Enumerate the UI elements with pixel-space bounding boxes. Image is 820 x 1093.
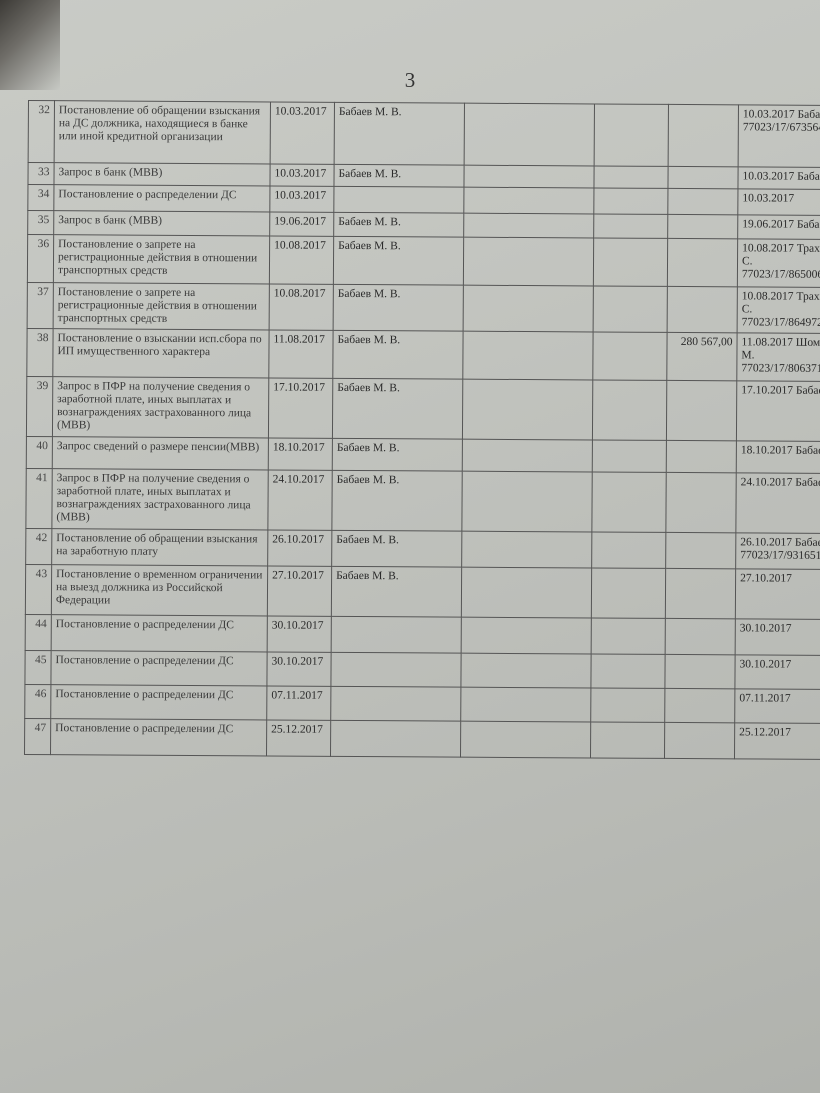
bailiff-name: Бабаев М. В. xyxy=(332,470,462,531)
enforcement-actions-table: 32 Постановление об обращении взыскания … xyxy=(24,100,820,760)
empty-cell xyxy=(461,653,591,688)
table-row: 38 Постановление о взыскании исп.сбора п… xyxy=(27,328,820,381)
action-date: 10.08.2017 xyxy=(269,284,333,330)
action-date: 10.08.2017 xyxy=(269,236,333,284)
result-line: 25.12.2017 xyxy=(739,726,820,740)
empty-cell xyxy=(463,285,593,332)
result-info: 24.10.2017 Бабаев М. В. xyxy=(736,473,820,534)
empty-cell xyxy=(594,166,668,188)
row-number: 36 xyxy=(27,235,53,283)
amount xyxy=(665,688,735,722)
result-info: 11.08.2017 Шомахов Х.М.77023/17/806371 xyxy=(737,333,820,382)
bailiff-name xyxy=(330,720,460,757)
action-description: Постановление о распределении ДС xyxy=(51,651,267,686)
table-row: 40 Запрос сведений о размере пенсии(МВВ)… xyxy=(26,436,820,473)
table-body: 32 Постановление об обращении взыскания … xyxy=(25,101,820,760)
result-line: 10.03.2017 Бабаев М. В. xyxy=(743,108,820,122)
result-line: 26.10.2017 Бабаев М. В. xyxy=(740,536,820,550)
table-row: 42 Постановление об обращении взыскания … xyxy=(26,528,820,569)
row-number: 35 xyxy=(28,211,54,235)
bailiff-name: Бабаев М. В. xyxy=(334,212,464,237)
result-info: 27.10.2017 xyxy=(735,569,820,620)
empty-cell xyxy=(464,165,594,188)
amount xyxy=(668,214,738,238)
empty-cell xyxy=(462,471,592,532)
empty-cell xyxy=(464,213,594,238)
empty-cell xyxy=(592,440,666,472)
amount xyxy=(665,568,735,618)
result-info: 10.03.2017 Бабаев М. В. xyxy=(738,167,820,190)
bailiff-name: Бабаев М. В. xyxy=(332,378,462,439)
action-date: 11.08.2017 xyxy=(269,330,333,378)
result-line: 17.10.2017 Бабаев М. В. xyxy=(741,384,820,398)
page-number: 3 xyxy=(0,68,820,93)
row-number: 39 xyxy=(26,376,52,436)
empty-cell xyxy=(461,567,591,618)
result-info: 10.03.2017 xyxy=(738,189,820,216)
result-line: 18.10.2017 Бабаев М. В. xyxy=(741,444,820,458)
result-line: 10.03.2017 xyxy=(742,192,820,206)
result-line: М. xyxy=(741,349,820,363)
empty-cell xyxy=(590,722,664,758)
result-info: 10.08.2017 Трахинин А.С.77023/17/865006 xyxy=(737,239,820,288)
amount xyxy=(665,618,735,654)
action-description: Постановление об обращении взыскания на … xyxy=(52,529,268,566)
result-line: 30.10.2017 xyxy=(740,622,820,636)
amount xyxy=(668,166,738,188)
amount xyxy=(666,532,736,568)
empty-cell xyxy=(593,332,667,380)
action-description: Запрос в ПФР на получение сведения о зар… xyxy=(52,469,268,530)
row-number: 45 xyxy=(25,650,51,684)
result-line: 77023/17/806371 xyxy=(741,362,820,376)
empty-cell xyxy=(464,187,594,214)
action-date: 24.10.2017 xyxy=(268,470,332,530)
action-date: 10.03.2017 xyxy=(270,186,334,212)
bailiff-name xyxy=(331,616,461,653)
action-description: Постановление о распределении ДС xyxy=(54,185,270,212)
table-row: 45 Постановление о распределении ДС 30.1… xyxy=(25,650,820,689)
result-info: 25.12.2017 xyxy=(734,723,820,760)
empty-cell xyxy=(462,531,592,568)
empty-cell xyxy=(594,188,668,214)
empty-cell xyxy=(591,568,665,618)
bailiff-name: Бабаев М. В. xyxy=(334,102,464,165)
empty-cell xyxy=(592,380,666,440)
action-description: Постановление о взыскании исп.сбора по И… xyxy=(53,329,269,378)
table-row: 46 Постановление о распределении ДС 07.1… xyxy=(25,684,820,723)
action-date: 10.03.2017 xyxy=(270,102,334,164)
bailiff-name: Бабаев М. В. xyxy=(333,236,463,285)
empty-cell xyxy=(461,617,591,654)
action-date: 26.10.2017 xyxy=(268,530,332,566)
empty-cell xyxy=(462,439,592,472)
amount xyxy=(665,654,735,688)
action-date: 25.12.2017 xyxy=(266,720,330,756)
action-date: 18.10.2017 xyxy=(268,438,332,470)
result-line: 07.11.2017 xyxy=(739,692,820,706)
row-number: 32 xyxy=(28,101,54,163)
table-row: 32 Постановление об обращении взыскания … xyxy=(28,101,820,168)
empty-cell xyxy=(591,618,665,654)
amount xyxy=(667,286,737,332)
empty-cell xyxy=(591,688,665,722)
result-line: 77023/17/864972 xyxy=(742,316,820,330)
amount xyxy=(666,440,736,472)
action-date: 30.10.2017 xyxy=(267,616,331,652)
result-line: 24.10.2017 Бабаев М. В. xyxy=(741,476,820,490)
action-date: 10.03.2017 xyxy=(270,164,334,186)
amount xyxy=(668,188,738,214)
row-number: 47 xyxy=(25,718,51,754)
table-row: 41 Запрос в ПФР на получение сведения о … xyxy=(26,468,820,533)
action-description: Постановление об обращении взыскания на … xyxy=(54,101,270,164)
empty-cell xyxy=(462,379,592,440)
action-date: 17.10.2017 xyxy=(268,378,332,438)
empty-cell xyxy=(461,687,591,722)
action-description: Запрос в банк (МВВ) xyxy=(54,163,270,186)
result-line: 27.10.2017 xyxy=(740,572,820,586)
bailiff-name xyxy=(331,686,461,721)
action-description: Запрос в банк (МВВ) xyxy=(54,211,270,236)
result-line: 77023/17/865006 xyxy=(742,268,820,282)
result-line: 77023/17/931651 xyxy=(740,549,820,563)
action-description: Постановление о распределении ДС xyxy=(51,615,267,652)
result-line: 30.10.2017 xyxy=(740,658,820,672)
result-info: 19.06.2017 Бабаев М. В. xyxy=(738,215,820,240)
row-number: 38 xyxy=(27,328,53,376)
result-info: 10.03.2017 Бабаев М. В.77023/17/673564 xyxy=(738,105,820,168)
amount xyxy=(666,380,736,440)
result-info: 30.10.2017 xyxy=(735,619,820,656)
action-description: Постановление о распределении ДС xyxy=(51,719,267,756)
action-description: Запрос сведений о размере пенсии(МВВ) xyxy=(52,437,268,470)
empty-cell xyxy=(591,654,665,688)
result-info: 07.11.2017 xyxy=(735,689,820,724)
action-date: 30.10.2017 xyxy=(267,652,331,686)
empty-cell xyxy=(463,237,593,286)
empty-cell xyxy=(463,331,593,380)
row-number: 40 xyxy=(26,436,52,468)
action-description: Постановление о временном ограничении на… xyxy=(51,565,267,616)
result-line: 10.08.2017 Трахинин А. xyxy=(742,290,820,304)
bailiff-name: Бабаев М. В. xyxy=(333,284,463,331)
amount: 280 567,00 xyxy=(667,332,737,380)
table-row: 36 Постановление о запрете на регистраци… xyxy=(27,235,820,288)
row-number: 41 xyxy=(26,468,52,528)
bailiff-name: Бабаев М. В. xyxy=(334,164,464,187)
table-row: 47 Постановление о распределении ДС 25.1… xyxy=(25,718,820,759)
row-number: 34 xyxy=(28,185,54,211)
table-row: 43 Постановление о временном ограничении… xyxy=(25,564,820,619)
empty-cell xyxy=(592,532,666,568)
action-description: Постановление о запрете на регистрационн… xyxy=(53,283,269,330)
row-number: 43 xyxy=(25,564,51,614)
bailiff-name: Бабаев М. В. xyxy=(331,566,461,617)
result-line: 19.06.2017 Бабаев М. В. xyxy=(742,218,820,232)
action-description: Постановление о распределении ДС xyxy=(51,685,267,720)
result-info: 10.08.2017 Трахинин А.С.77023/17/864972 xyxy=(737,287,820,334)
row-number: 46 xyxy=(25,684,51,718)
row-number: 33 xyxy=(28,163,54,185)
bailiff-name xyxy=(331,652,461,687)
empty-cell xyxy=(593,286,667,332)
row-number: 44 xyxy=(25,614,51,650)
empty-cell xyxy=(460,721,590,758)
result-line: 11.08.2017 Шомахов Х. xyxy=(741,336,820,350)
bailiff-name: Бабаев М. В. xyxy=(333,330,463,379)
empty-cell xyxy=(594,104,668,166)
result-info: 17.10.2017 Бабаев М. В. xyxy=(736,381,820,442)
action-date: 27.10.2017 xyxy=(267,566,331,616)
result-info: 26.10.2017 Бабаев М. В.77023/17/931651 xyxy=(736,533,820,570)
empty-cell xyxy=(464,103,594,166)
action-date: 07.11.2017 xyxy=(267,686,331,720)
bailiff-name xyxy=(334,186,464,213)
action-description: Постановление о запрете на регистрационн… xyxy=(53,235,269,284)
table-row: 39 Запрос в ПФР на получение сведения о … xyxy=(26,376,820,441)
amount xyxy=(668,104,738,166)
result-line: 10.03.2017 Бабаев М. В. xyxy=(743,170,820,184)
result-info: 30.10.2017 xyxy=(735,655,820,690)
result-info: 18.10.2017 Бабаев М. В. xyxy=(736,441,820,474)
result-line: С. xyxy=(742,303,820,317)
bailiff-name: Бабаев М. В. xyxy=(332,438,462,471)
row-number: 37 xyxy=(27,282,53,328)
empty-cell xyxy=(594,214,668,238)
empty-cell xyxy=(593,238,667,286)
table-row: 37 Постановление о запрете на регистраци… xyxy=(27,282,820,333)
action-description: Запрос в ПФР на получение сведения о зар… xyxy=(52,377,268,438)
bailiff-name: Бабаев М. В. xyxy=(332,530,462,567)
amount xyxy=(667,238,737,286)
row-number: 42 xyxy=(26,528,52,564)
result-line: 77023/17/673564 xyxy=(743,121,820,135)
empty-cell xyxy=(592,472,666,532)
result-line: С. xyxy=(742,255,820,269)
amount xyxy=(664,722,734,758)
result-line: 10.08.2017 Трахинин А. xyxy=(742,242,820,256)
amount xyxy=(666,472,736,532)
table-row: 44 Постановление о распределении ДС 30.1… xyxy=(25,614,820,655)
action-date: 19.06.2017 xyxy=(270,212,334,236)
